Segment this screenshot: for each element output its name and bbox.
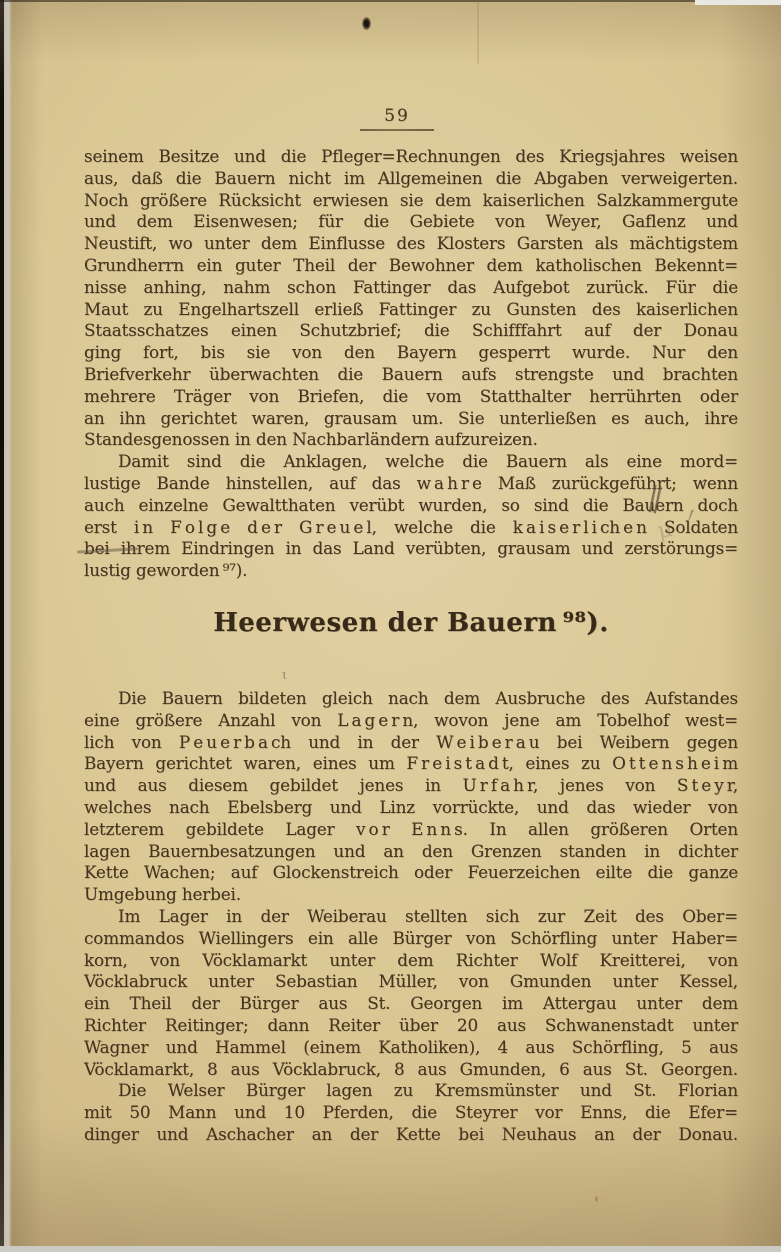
text-line: Die Welser Bürger lagen zu Kremsmünster … [84, 1080, 738, 1102]
text-line: Grundherrn ein guter Theil der Bewohner … [84, 255, 738, 277]
text-line: aus, daß die Bauern nicht im Allgemeinen… [84, 168, 738, 190]
text-line: mehrere Träger von Briefen, die vom Stat… [84, 386, 738, 408]
text-block-upper: seinem Besitze und die Pfleger=Rechnunge… [84, 146, 738, 582]
text-line: welches nach Ebelsberg und Linz vorrückt… [84, 797, 738, 819]
text-line: Briefverkehr überwachten die Bauern aufs… [84, 364, 738, 386]
text-line: bei ihrem Eindringen in das Land verübte… [84, 538, 738, 560]
text-line: Im Lager in der Weiberau stellten sich z… [84, 906, 738, 928]
paragraph: Im Lager in der Weiberau stellten sich z… [84, 906, 738, 1080]
text-line: und dem Eisenwesen; für die Gebiete von … [84, 211, 738, 233]
text-line: Bayern gerichtet waren, eines um F r e i… [84, 753, 738, 775]
text-line: Staatsschatzes einen Schutzbrief; die Sc… [84, 320, 738, 342]
ink-speck [362, 17, 371, 30]
text-block-lower: Die Bauern bildeten gleich nach dem Ausb… [84, 688, 738, 1146]
text-line: Noch größere Rücksicht erwiesen sie dem … [84, 190, 738, 212]
page-number-rule [360, 129, 434, 131]
scanner-corner [695, 0, 781, 5]
text-line: und aus diesem gebildet jenes in U r f a… [84, 775, 738, 797]
text-line: commandos Wiellingers ein alle Bürger vo… [84, 928, 738, 950]
text-line: mit 50 Mann und 10 Pferden, die Steyrer … [84, 1102, 738, 1124]
text-line: lagen Bauernbesatzungen und an den Grenz… [84, 841, 738, 863]
paragraph: Damit sind die Anklagen, welche die Baue… [84, 451, 738, 582]
text-line: dinger und Aschacher an der Kette bei Ne… [84, 1124, 738, 1146]
text-line: an ihn gerichtet waren, grausam um. Sie … [84, 408, 738, 430]
paper-fleck [595, 1196, 598, 1202]
text-line: Richter Reitinger; dann Reiter über 20 a… [84, 1015, 738, 1037]
text-line: korn, von Vöcklamarkt unter dem Richter … [84, 950, 738, 972]
text-line: Vöcklabruck unter Sebastian Müller, von … [84, 971, 738, 993]
page-number: 59 [352, 106, 442, 126]
text-line: auch einzelne Gewaltthaten verübt wurden… [84, 495, 738, 517]
text-line: lustig geworden ⁹⁷). [84, 560, 738, 582]
text-line: Kette Wachen; auf Glockenstreich oder Fe… [84, 862, 738, 884]
text-line: Maut zu Engelhartszell erließ Fattinger … [84, 299, 738, 321]
text-line: ging fort, bis sie von den Bayern gesper… [84, 342, 738, 364]
text-line: seinem Besitze und die Pfleger=Rechnunge… [84, 146, 738, 168]
text-line: Umgebung herbei. [84, 884, 738, 906]
paper-crease [477, 2, 479, 64]
text-line: lich von P e u e r b a ch und in der W e… [84, 732, 738, 754]
stray-mark: ι [282, 668, 287, 683]
text-line: Wagner und Hammel (einem Katholiken), 4 … [84, 1037, 738, 1059]
paragraph: Die Bauern bildeten gleich nach dem Ausb… [84, 688, 738, 906]
text-line: Die Bauern bildeten gleich nach dem Ausb… [84, 688, 738, 710]
text-line: ein Theil der Bürger aus St. Georgen im … [84, 993, 738, 1015]
page-number-block: 59 [352, 106, 442, 131]
scanner-edge-strip [4, 0, 12, 1252]
paragraph: Die Welser Bürger lagen zu Kremsmünster … [84, 1080, 738, 1145]
paragraph: seinem Besitze und die Pfleger=Rechnunge… [84, 146, 738, 451]
text-line: erst i n F o l g e d e r G r e u e l, we… [84, 517, 738, 539]
scanned-book-page: 59 seinem Besitze und die Pfleger=Rechnu… [0, 0, 781, 1252]
page-bottom-edge [0, 1246, 781, 1252]
text-line: Standesgenossen in den Nachbarländern au… [84, 429, 738, 451]
text-line: Damit sind die Anklagen, welche die Baue… [84, 451, 738, 473]
text-line: eine größere Anzahl von L a g e r n, wov… [84, 710, 738, 732]
page-top-edge [0, 0, 781, 2]
text-line: Vöcklamarkt, 8 aus Vöcklabruck, 8 aus Gm… [84, 1059, 738, 1081]
text-line: Neustift, wo unter dem Einflusse des Klo… [84, 233, 738, 255]
section-heading: Heerwesen der Bauern ⁹⁸). [84, 608, 738, 638]
text-line: lustige Bande hinstellen, auf das w a h … [84, 473, 738, 495]
text-line: letzterem gebildete Lager v o r E n n s.… [84, 819, 738, 841]
text-line: nisse anhing, nahm schon Fattinger das A… [84, 277, 738, 299]
